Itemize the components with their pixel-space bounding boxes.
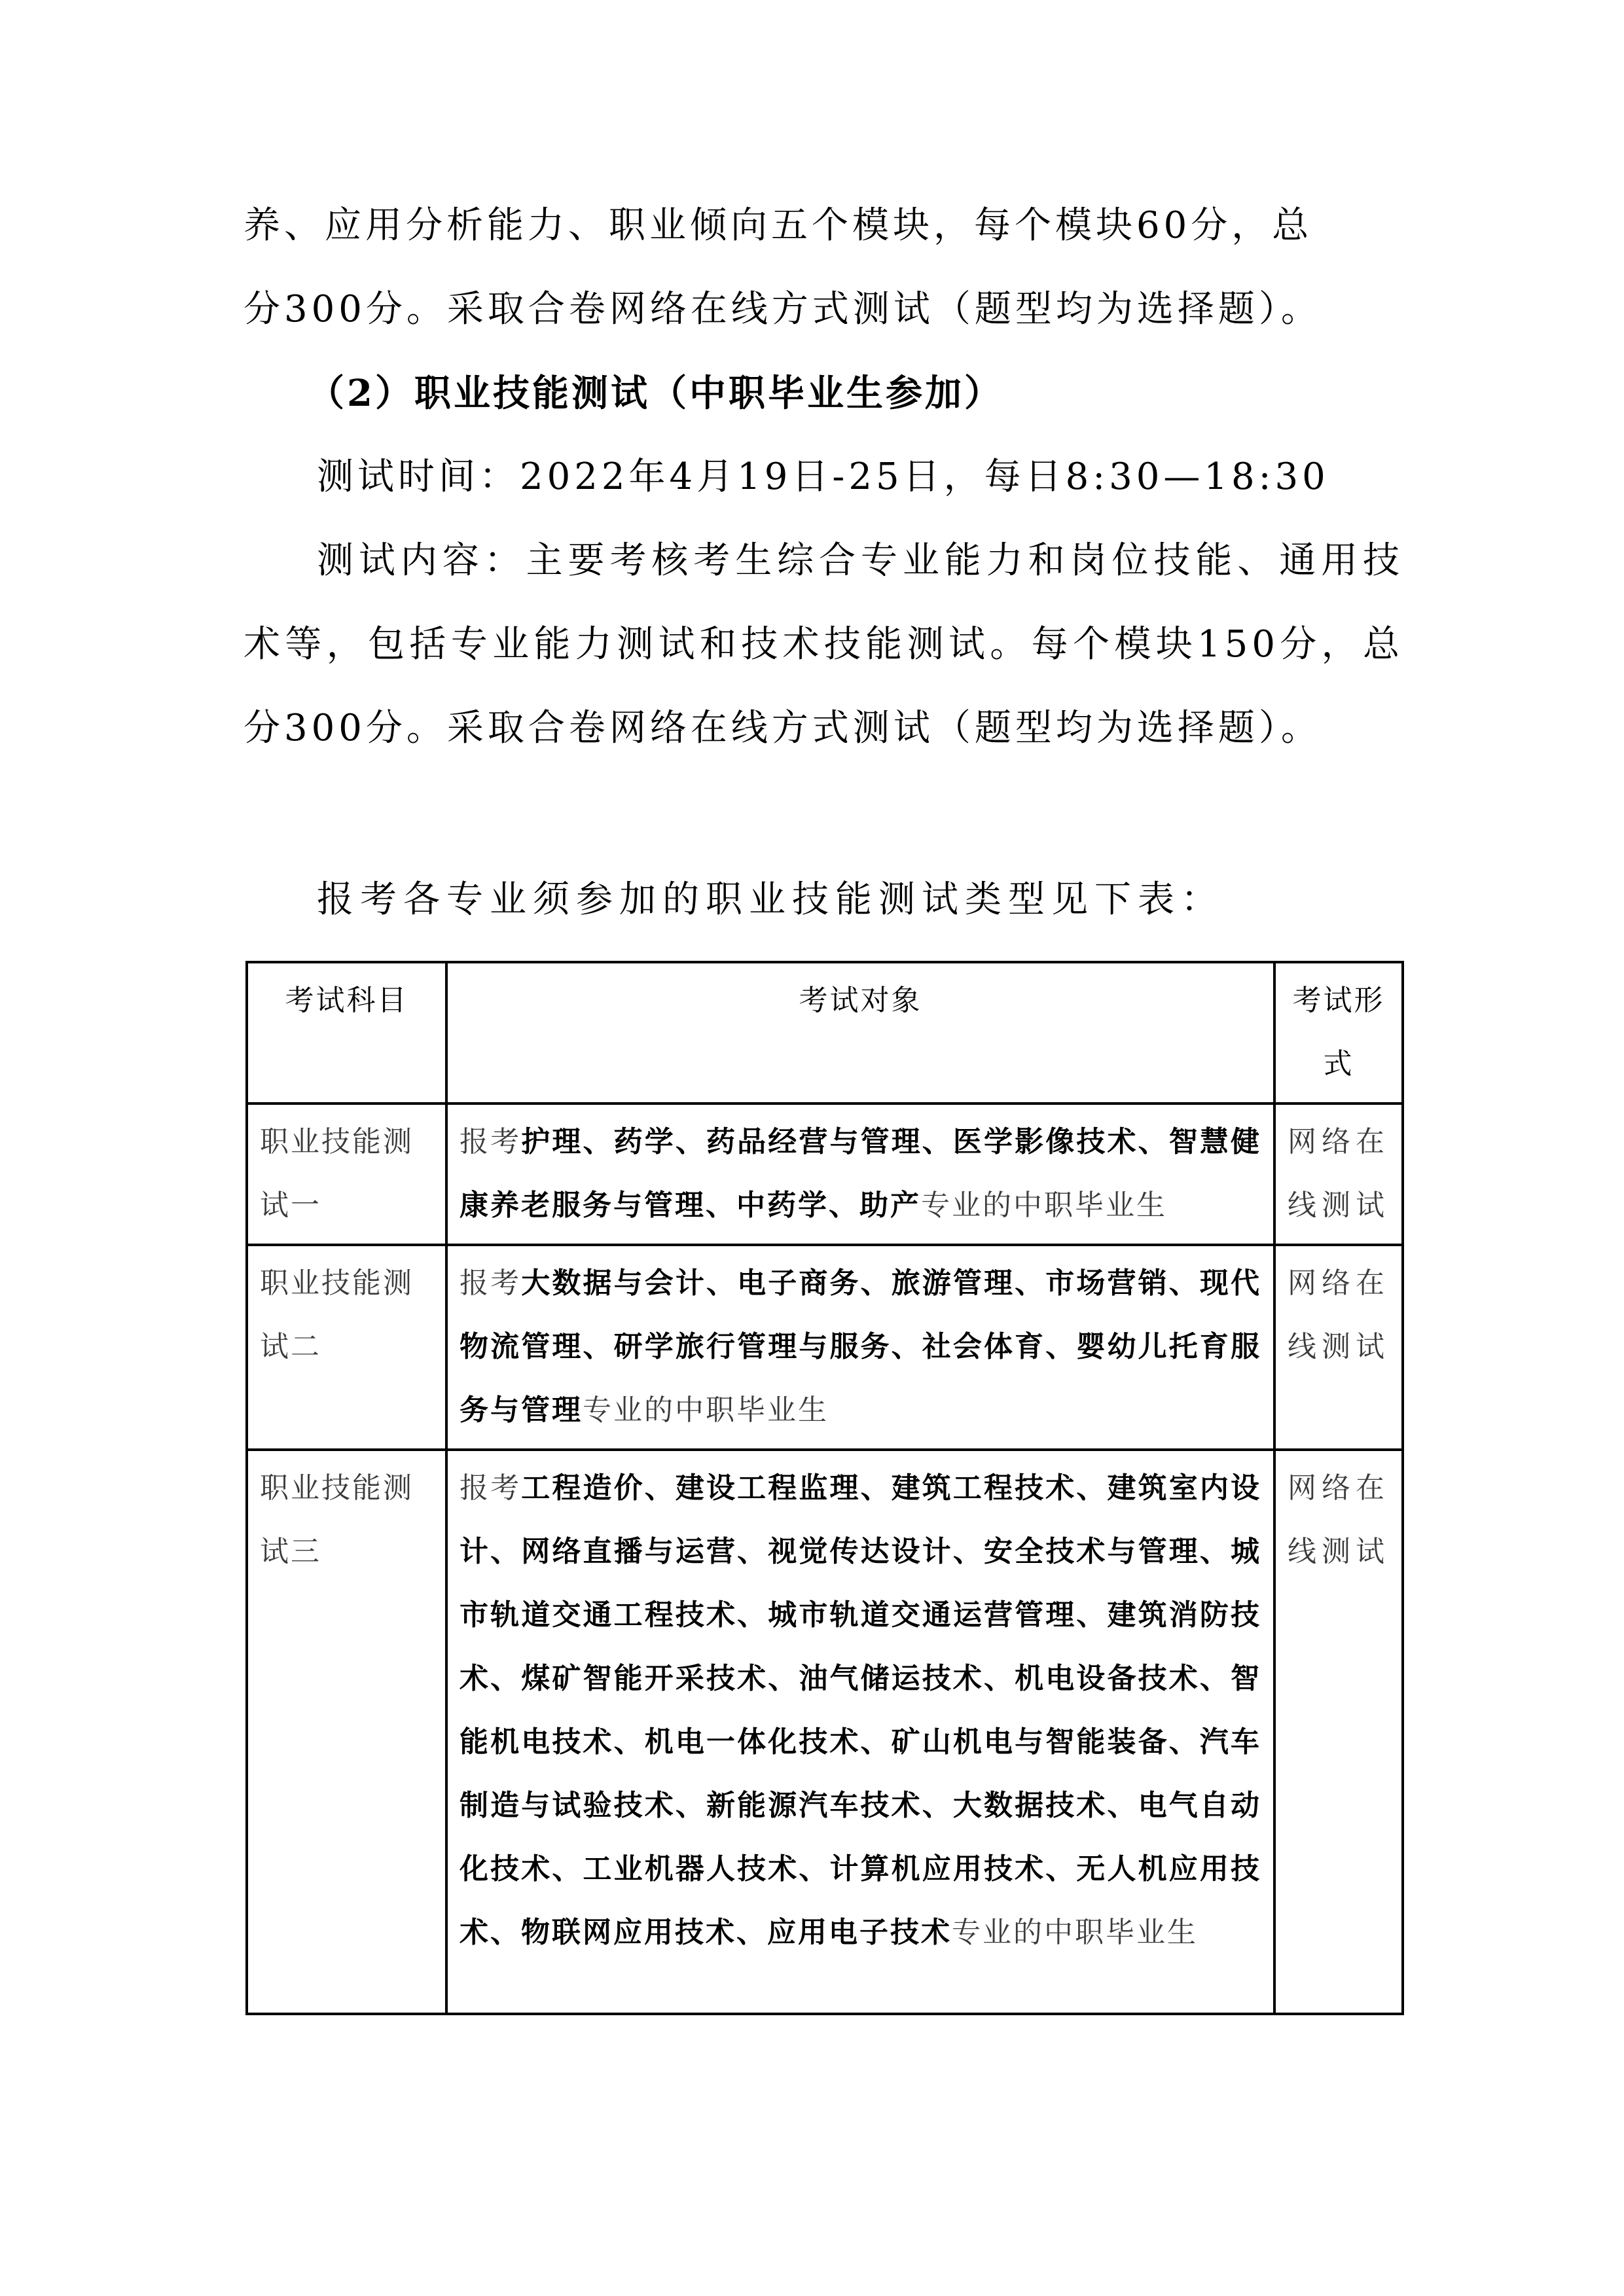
- paragraph-continuation: 养、应用分析能力、职业倾向五个模块，每个模块60分，总 分300分。采取合卷网络…: [244, 184, 1403, 351]
- table-row: 职业技能测试二 报考大数据与会计、电子商务、旅游管理、市场营销、现代物流管理、研…: [247, 1245, 1403, 1450]
- header-subject: 考试科目: [247, 962, 446, 1103]
- target-prefix: 报考: [460, 1266, 521, 1300]
- target-suffix: 专业的中职毕业生: [583, 1393, 829, 1427]
- target-cell: 报考工程造价、建设工程监理、建筑工程技术、建筑室内设计、网络直播与运营、视觉传达…: [446, 1450, 1274, 2014]
- paragraph-line: 分300分。采取合卷网络在线方式测试（题型均为选择题）。: [244, 268, 1403, 351]
- table-row: 职业技能测试一 报考护理、药学、药品经营与管理、医学影像技术、智慧健康养老服务与…: [247, 1103, 1403, 1245]
- header-target: 考试对象: [446, 962, 1274, 1103]
- table-row: 职业技能测试三 报考工程造价、建设工程监理、建筑工程技术、建筑室内设计、网络直播…: [247, 1450, 1403, 2014]
- paragraph-line: 养、应用分析能力、职业倾向五个模块，每个模块60分，总: [244, 184, 1403, 268]
- subject-cell: 职业技能测试三: [247, 1450, 446, 2014]
- target-suffix: 专业的中职毕业生: [952, 1916, 1198, 1949]
- target-prefix: 报考: [460, 1125, 521, 1158]
- form-cell: 网络在线测试: [1274, 1245, 1403, 1450]
- subject-cell: 职业技能测试二: [247, 1245, 446, 1450]
- form-cell: 网络在线测试: [1274, 1450, 1403, 2014]
- target-cell: 报考大数据与会计、电子商务、旅游管理、市场营销、现代物流管理、研学旅行管理与服务…: [446, 1245, 1274, 1450]
- test-content-paragraph: 测试内容：主要考核考生综合专业能力和岗位技能、通用技术等，包括专业能力测试和技术…: [244, 519, 1403, 770]
- target-suffix: 专业的中职毕业生: [921, 1189, 1167, 1222]
- form-cell: 网络在线测试: [1274, 1103, 1403, 1245]
- section-heading: （2）职业技能测试（中职毕业生参加）: [308, 351, 1003, 435]
- target-majors: 大数据与会计、电子商务、旅游管理、市场营销、现代物流管理、研学旅行管理与服务、社…: [460, 1266, 1261, 1427]
- header-form: 考试形式: [1274, 962, 1403, 1103]
- table-header-row: 考试科目 考试对象 考试形式: [247, 962, 1403, 1103]
- table-lead-text: 报考各专业须参加的职业技能测试类型见下表：: [317, 858, 1224, 942]
- test-time-paragraph: 测试时间：2022年4月19日-25日，每日8:30—18:30: [244, 435, 1403, 519]
- document-page: 养、应用分析能力、职业倾向五个模块，每个模块60分，总 分300分。采取合卷网络…: [0, 0, 1624, 2296]
- target-majors: 工程造价、建设工程监理、建筑工程技术、建筑室内设计、网络直播与运营、视觉传达设计…: [460, 1471, 1261, 1949]
- exam-type-table: 考试科目 考试对象 考试形式 职业技能测试一 报考护理、药学、药品经营与管理、医…: [245, 961, 1404, 2015]
- target-cell: 报考护理、药学、药品经营与管理、医学影像技术、智慧健康养老服务与管理、中药学、助…: [446, 1103, 1274, 1245]
- target-prefix: 报考: [460, 1471, 521, 1505]
- subject-cell: 职业技能测试一: [247, 1103, 446, 1245]
